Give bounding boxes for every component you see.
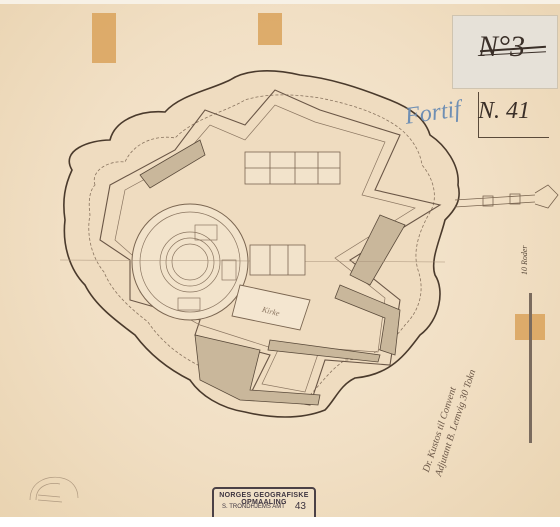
jetty (455, 185, 558, 208)
island-outline (64, 71, 459, 417)
watermark (30, 477, 78, 502)
scale-bar (529, 293, 532, 443)
map-sheet: N°3 N. 41 Fortif Kirke 10 Roder Dr. Kust… (0, 0, 560, 527)
archive-stamp: NORGES GEOGRAFISKE OPMAALING S. TRONDHJE… (212, 487, 316, 521)
scale-label: 10 Roder (520, 245, 529, 275)
stamp-number: 43 (295, 501, 306, 512)
catalog-number: N. 41 (478, 98, 530, 125)
paper-bottom-edge (0, 517, 560, 527)
stamp-region: S. TRONDHJEMS AMT (222, 504, 285, 510)
